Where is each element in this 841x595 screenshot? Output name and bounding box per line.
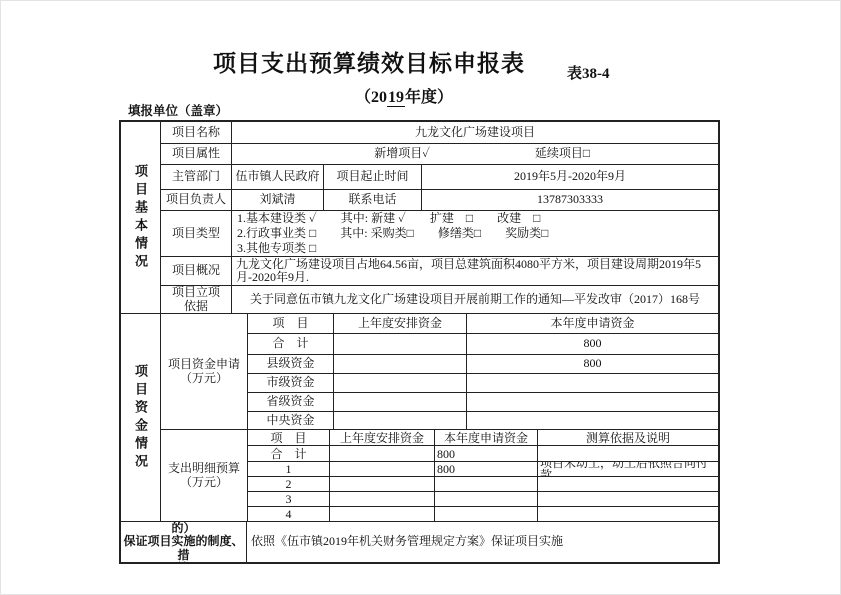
start-end-time-label: 项目起止时间 xyxy=(323,165,421,189)
phone-label: 联系电话 xyxy=(323,190,421,210)
basis-cell xyxy=(537,507,718,521)
item-cell: 3 xyxy=(248,492,329,506)
item-cell: 合 计 xyxy=(248,446,329,461)
prev-fund-cell xyxy=(333,393,466,411)
prev-fund-cell xyxy=(329,446,434,461)
item-cell: 中央资金 xyxy=(248,412,333,429)
row-leader-phone: 项目负责人 刘斌清 联系电话 13787303333 xyxy=(161,189,718,210)
funds-blocks: 项目资金申请 （万元） 项 目 上年度安排资金 本年度申请资金 合 计 800 xyxy=(160,314,718,521)
expense-detail-col-curr: 本年度申请资金 xyxy=(434,430,537,445)
project-type-value: 1.基本建设类 ✓ 其中: 新建 ✓ 扩建 □ 改建 □ 2.行政事业类 □ 其… xyxy=(231,211,718,256)
curr-fund-cell xyxy=(434,507,537,521)
dept-value: 伍市镇人民政府 xyxy=(231,165,323,189)
fund-request-block: 项目资金申请 （万元） 项 目 上年度安排资金 本年度申请资金 合 计 800 xyxy=(161,314,718,429)
project-name-value: 九龙文化广场建设项目 xyxy=(231,122,718,143)
attribute-continue-option: 延续项目□ xyxy=(535,147,590,161)
fund-request-row-county: 县级资金 800 xyxy=(248,354,718,373)
leader-value: 刘斌清 xyxy=(231,190,323,210)
fund-request-header-row: 项 目 上年度安排资金 本年度申请资金 xyxy=(248,314,718,333)
expense-detail-col-prev: 上年度安排资金 xyxy=(329,430,434,445)
curr-fund-cell: 800 xyxy=(466,334,718,354)
item-cell: 1 xyxy=(248,462,329,476)
safeguard-label: 单位已有的（或拟订的） 保证项目实施的制度、措 施 xyxy=(121,522,246,562)
item-cell: 省级资金 xyxy=(248,393,333,411)
item-cell: 合 计 xyxy=(248,334,333,354)
section-basic-info-header: 项目基本情况 xyxy=(121,122,160,313)
row-dept-time: 主管部门 伍市镇人民政府 项目起止时间 2019年5月-2020年9月 xyxy=(161,164,718,189)
declaration-form-table: 项目基本情况 项目名称 九龙文化广场建设项目 项目属性 新增项目✓ 延续项目□ … xyxy=(119,120,720,564)
safeguard-value: 依照《伍市镇2019年机关财务管理规定方案》保证项目实施 xyxy=(246,522,718,562)
expense-detail-label: 支出明细预算 （万元） xyxy=(161,430,247,521)
curr-fund-cell xyxy=(466,412,718,429)
prev-fund-cell xyxy=(329,492,434,506)
year-suffix: 年度） xyxy=(405,89,453,106)
fill-unit-label: 填报单位（盖章） xyxy=(128,101,228,119)
item-cell: 县级资金 xyxy=(248,355,333,373)
scanned-form-page: 项目支出预算绩效目标申报表 表38-4 （2019年度） 填报单位（盖章） 项目… xyxy=(0,0,841,595)
leader-label: 项目负责人 xyxy=(161,190,231,210)
project-basis-value: 关于同意伍市镇九龙文化广场建设项目开展前期工作的通知—平发改审（2017）168… xyxy=(231,286,718,313)
item-cell: 2 xyxy=(248,477,329,491)
curr-fund-cell: 800 xyxy=(466,355,718,373)
fund-request-col-item: 项 目 xyxy=(248,314,333,333)
dept-label: 主管部门 xyxy=(161,165,231,189)
expense-detail-row-1: 1 800 项目未动工，动工后依照合同付款 xyxy=(248,461,718,476)
form-title: 项目支出预算绩效目标申报表 xyxy=(119,45,619,78)
fund-request-row-province: 省级资金 xyxy=(248,392,718,411)
fund-request-row-central: 中央资金 xyxy=(248,411,718,429)
fund-request-row-city: 市级资金 xyxy=(248,373,718,392)
row-project-basis: 项目立项 依据 关于同意伍市镇九龙文化广场建设项目开展前期工作的通知—平发改审（… xyxy=(161,285,718,313)
prev-fund-cell xyxy=(329,462,434,476)
fund-request-row-total: 合 计 800 xyxy=(248,333,718,354)
basis-cell xyxy=(537,446,718,461)
project-type-label: 项目类型 xyxy=(161,211,231,256)
row-project-type: 项目类型 1.基本建设类 ✓ 其中: 新建 ✓ 扩建 □ 改建 □ 2.行政事业… xyxy=(161,210,718,256)
year-prefix: （20 xyxy=(355,89,387,106)
row-project-name: 项目名称 九龙文化广场建设项目 xyxy=(161,122,718,143)
curr-fund-cell xyxy=(466,374,718,392)
prev-fund-cell xyxy=(333,355,466,373)
fund-request-label: 项目资金申请 （万元） xyxy=(161,314,247,429)
prev-fund-cell xyxy=(333,374,466,392)
project-type-line-2: 2.行政事业类 □ 其中: 采购类□ 修缮类□ 奖励类□ xyxy=(237,226,548,241)
curr-fund-cell: 800 xyxy=(434,446,537,461)
section-funds: 项目资金情况 项目资金申请 （万元） 项 目 上年度安排资金 本年度申请资金 合… xyxy=(121,313,718,521)
section-basic-info-label: 项目基本情况 xyxy=(134,164,147,272)
expense-detail-table: 项 目 上年度安排资金 本年度申请资金 测算依据及说明 合 计 800 xyxy=(247,430,718,521)
curr-fund-cell: 800 xyxy=(434,462,537,476)
row-project-attribute: 项目属性 新增项目✓ 延续项目□ xyxy=(161,143,718,164)
year-underlined: 19 xyxy=(387,89,405,107)
project-overview-label: 项目概况 xyxy=(161,257,231,285)
item-cell: 4 xyxy=(248,507,329,521)
project-attribute-value: 新增项目✓ 延续项目□ xyxy=(231,144,718,164)
section-funds-header: 项目资金情况 xyxy=(121,314,160,521)
project-type-line-1: 1.基本建设类 ✓ 其中: 新建 ✓ 扩建 □ 改建 □ xyxy=(237,211,540,226)
curr-fund-cell xyxy=(466,393,718,411)
project-name-label: 项目名称 xyxy=(161,122,231,143)
project-attribute-label: 项目属性 xyxy=(161,144,231,164)
expense-detail-row-4: 4 xyxy=(248,506,718,521)
expense-detail-row-3: 3 xyxy=(248,491,718,506)
expense-detail-block: 支出明细预算 （万元） 项 目 上年度安排资金 本年度申请资金 测算依据及说明 … xyxy=(161,429,718,521)
fund-request-col-prev: 上年度安排资金 xyxy=(333,314,466,333)
attribute-new-option: 新增项目✓ xyxy=(374,147,430,161)
expense-detail-row-2: 2 xyxy=(248,476,718,491)
expense-detail-col-item: 项 目 xyxy=(248,430,329,445)
fund-request-table: 项 目 上年度安排资金 本年度申请资金 合 计 800 县级资金 8 xyxy=(247,314,718,429)
curr-fund-cell xyxy=(434,492,537,506)
prev-fund-cell xyxy=(329,507,434,521)
row-safeguard: 单位已有的（或拟订的） 保证项目实施的制度、措 施 依照《伍市镇2019年机关财… xyxy=(121,521,718,562)
basis-cell xyxy=(537,477,718,491)
row-project-overview: 项目概况 九龙文化广场建设项目占地64.56亩，项目总建筑面积4080平方米，项… xyxy=(161,256,718,285)
item-cell: 市级资金 xyxy=(248,374,333,392)
prev-fund-cell xyxy=(333,334,466,354)
section-basic-info: 项目基本情况 项目名称 九龙文化广场建设项目 项目属性 新增项目✓ 延续项目□ … xyxy=(121,122,718,313)
phone-value: 13787303333 xyxy=(421,190,718,210)
project-basis-label: 项目立项 依据 xyxy=(161,286,231,313)
basis-cell: 项目未动工，动工后依照合同付款 xyxy=(537,462,718,476)
curr-fund-cell xyxy=(434,477,537,491)
basis-cell xyxy=(537,492,718,506)
expense-detail-row-total: 合 计 800 xyxy=(248,445,718,461)
prev-fund-cell xyxy=(329,477,434,491)
project-overview-value: 九龙文化广场建设项目占地64.56亩，项目总建筑面积4080平方米，项目建设周期… xyxy=(231,257,718,285)
table-number: 表38-4 xyxy=(567,62,610,83)
expense-detail-header-row: 项 目 上年度安排资金 本年度申请资金 测算依据及说明 xyxy=(248,430,718,445)
prev-fund-cell xyxy=(333,412,466,429)
basic-info-rows: 项目名称 九龙文化广场建设项目 项目属性 新增项目✓ 延续项目□ 主管部门 伍市… xyxy=(160,122,718,313)
project-type-line-3: 3.其他专项类 □ xyxy=(237,241,316,256)
section-funds-label: 项目资金情况 xyxy=(134,364,147,472)
expense-detail-col-basis: 测算依据及说明 xyxy=(537,430,718,445)
start-end-time-value: 2019年5月-2020年9月 xyxy=(421,165,718,189)
fund-request-col-curr: 本年度申请资金 xyxy=(466,314,718,333)
